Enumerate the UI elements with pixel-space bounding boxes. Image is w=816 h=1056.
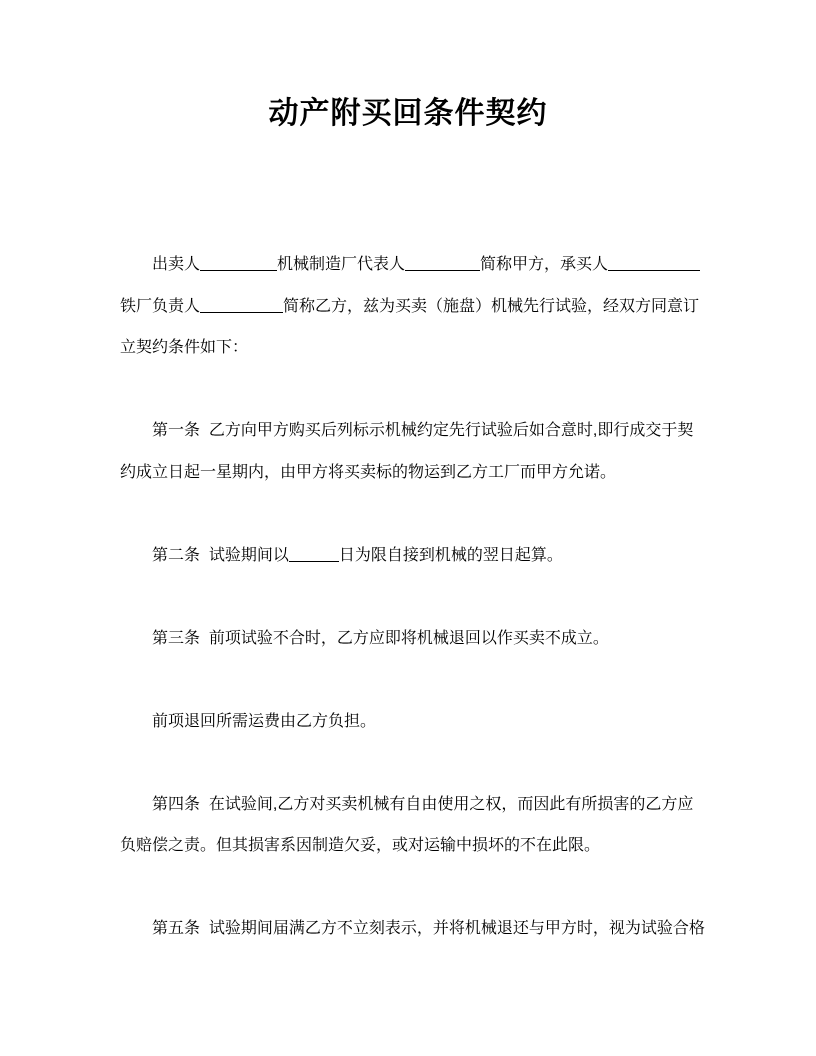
- text-line: 立契约条件如下：: [120, 327, 700, 369]
- text-run: 负赔偿之责。但其损害系因制造欠妥，或对运输中损坏的不在此限。: [120, 837, 600, 854]
- fill-in-blank: [405, 267, 480, 271]
- text-line: 第二条 试验期间以日为限自接到机械的翌日起算。: [120, 535, 700, 577]
- text-run: 机械制造厂代表人: [277, 256, 405, 273]
- text-line: 第一条 乙方向甲方购买后列标示机械约定先行试验后如合意时,即行成交于契: [120, 410, 700, 452]
- fill-in-blank: [200, 309, 283, 313]
- fill-in-blank: [200, 267, 277, 271]
- text-line: 第五条 试验期间届满乙方不立刻表示，并将机械退还与甲方时，视为试验合格: [120, 908, 700, 950]
- text-run: 第五条 试验期间届满乙方不立刻表示，并将机械退还与甲方时，视为试验合格: [152, 920, 705, 937]
- text-run: 简称乙方，兹为买卖（施盘）机械先行试验，经双方同意订: [283, 298, 699, 315]
- text-line: 第四条 在试验间,乙方对买卖机械有自由使用之权，而因此有所损害的乙方应: [120, 784, 700, 826]
- text-run: 约成立日起一星期内，由甲方将买卖标的物运到乙方工厂而甲方允诺。: [120, 464, 616, 481]
- text-line: 前项退回所需运费由乙方负担。: [120, 701, 700, 743]
- text-run: 前项退回所需运费由乙方负担。: [152, 713, 376, 730]
- text-run: 日为限自接到机械的翌日起算。: [339, 547, 563, 564]
- text-line: 出卖人机械制造厂代表人简称甲方，承买人: [120, 244, 700, 286]
- text-line: 约成立日起一星期内，由甲方将买卖标的物运到乙方工厂而甲方允诺。: [120, 452, 700, 494]
- paragraph-gap: [120, 369, 700, 411]
- text-run: 立契约条件如下：: [120, 339, 248, 356]
- fill-in-blank: [289, 558, 339, 562]
- text-run: 第三条 前项试验不合时，乙方应即将机械退回以作买卖不成立。: [152, 630, 609, 647]
- text-run: 简称甲方，承买人: [480, 256, 608, 273]
- text-line: 铁厂负责人简称乙方，兹为买卖（施盘）机械先行试验，经双方同意订: [120, 286, 700, 328]
- text-line: 负赔偿之责。但其损害系因制造欠妥，或对运输中损坏的不在此限。: [120, 825, 700, 867]
- text-line: 第三条 前项试验不合时，乙方应即将机械退回以作买卖不成立。: [120, 618, 700, 660]
- text-run: 第二条 试验期间以: [152, 547, 289, 564]
- paragraph-gap: [120, 576, 700, 618]
- paragraph-gap: [120, 867, 700, 909]
- text-run: 出卖人: [152, 256, 200, 273]
- document-page: 动产附买回条件契约 出卖人机械制造厂代表人简称甲方，承买人铁厂负责人简称乙方，兹…: [0, 0, 816, 1056]
- fill-in-blank: [608, 267, 700, 271]
- paragraph-gap: [120, 742, 700, 784]
- text-run: 第四条 在试验间,乙方对买卖机械有自由使用之权，而因此有所损害的乙方应: [152, 796, 693, 813]
- paragraph-gap: [120, 493, 700, 535]
- paragraph-gap: [120, 659, 700, 701]
- text-run: 铁厂负责人: [120, 298, 200, 315]
- document-body: 出卖人机械制造厂代表人简称甲方，承买人铁厂负责人简称乙方，兹为买卖（施盘）机械先…: [120, 244, 700, 950]
- document-title: 动产附买回条件契约: [120, 92, 696, 136]
- text-run: 第一条 乙方向甲方购买后列标示机械约定先行试验后如合意时,即行成交于契: [152, 422, 693, 439]
